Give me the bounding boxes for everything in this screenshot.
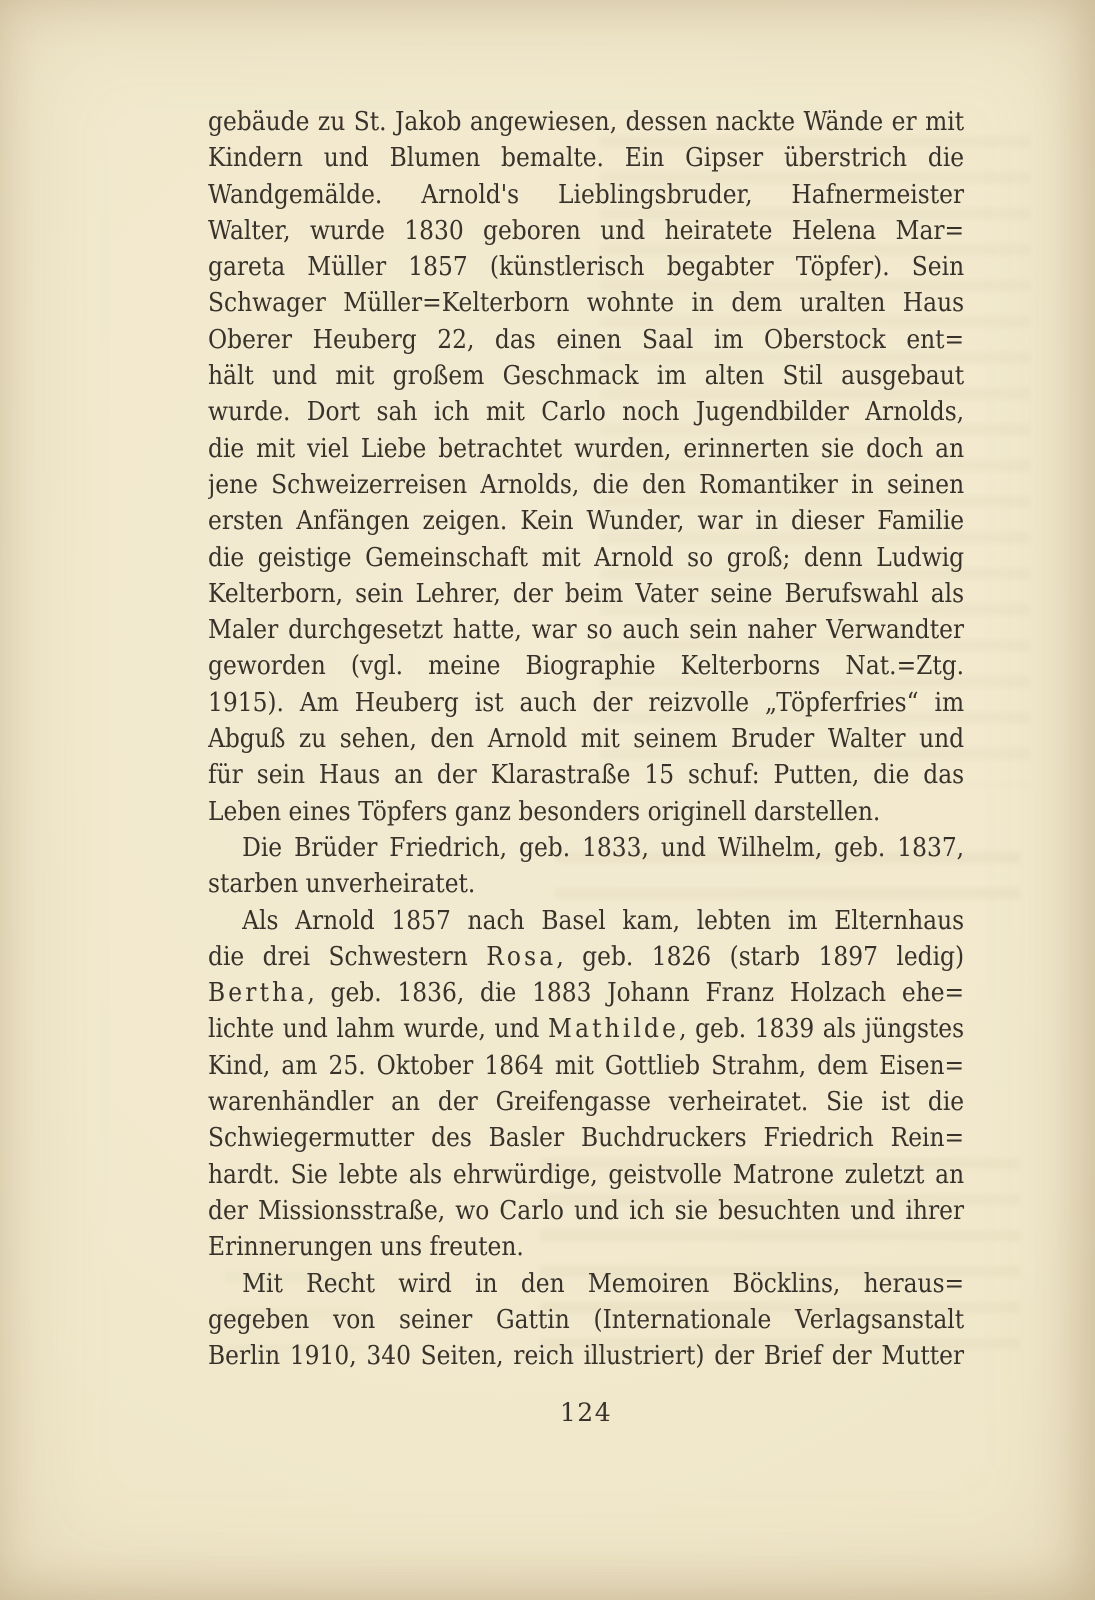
text-line: die mit viel Liebe betrachtet wurden, er… <box>208 431 964 467</box>
text-line: Maler durchgesetzt hatte, war so auch se… <box>208 612 964 648</box>
text-line: Berlin 1910, 340 Seiten, reich illustrie… <box>208 1338 964 1374</box>
text-line: der Missionsstraße, wo Carlo und ich sie… <box>208 1193 964 1229</box>
text-line: gegeben von seiner Gattin (International… <box>208 1302 964 1338</box>
letterspaced-name: Bertha <box>208 978 307 1008</box>
text-line: gareta Müller 1857 (künstlerisch begabte… <box>208 249 964 285</box>
text-line: 1915). Am Heuberg ist auch der reizvolle… <box>208 685 964 721</box>
text-line: Walter, wurde 1830 geboren und heiratete… <box>208 213 964 249</box>
text-line: Leben eines Töpfers ganz besonders origi… <box>208 794 964 830</box>
text-line: Die Brüder Friedrich, geb. 1833, und Wil… <box>208 830 964 866</box>
text-line: geworden (vgl. meine Biographie Kelterbo… <box>208 648 964 684</box>
text-block: gebäude zu St. Jakob angewiesen, dessen … <box>208 104 964 1374</box>
paragraph: Mit Recht wird in den Memoiren Böcklins,… <box>208 1266 964 1375</box>
text-line: die drei Schwestern Rosa, geb. 1826 (sta… <box>208 939 964 975</box>
text-line: Bertha, geb. 1836, die 1883 Johann Franz… <box>208 975 964 1011</box>
text-line: Mit Recht wird in den Memoiren Böcklins,… <box>208 1266 964 1302</box>
paragraph: gebäude zu St. Jakob angewiesen, dessen … <box>208 104 964 830</box>
text-line: die geistige Gemeinschaft mit Arnold so … <box>208 540 964 576</box>
text-line: ersten Anfängen zeigen. Kein Wunder, war… <box>208 503 964 539</box>
paragraph: Die Brüder Friedrich, geb. 1833, und Wil… <box>208 830 964 903</box>
text-line: Schwiegermutter des Basler Buchdruckers … <box>208 1120 964 1156</box>
text-line: hält und mit großem Geschmack im alten S… <box>208 358 964 394</box>
text-line: jene Schweizerreisen Arnolds, die den Ro… <box>208 467 964 503</box>
text-line: Oberer Heuberg 22, das einen Saal im Obe… <box>208 322 964 358</box>
text-line: für sein Haus an der Klarastraße 15 schu… <box>208 757 964 793</box>
text-line: Kind, am 25. Oktober 1864 mit Gottlieb S… <box>208 1048 964 1084</box>
page-number: 124 <box>208 1398 964 1427</box>
text-line: starben unverheiratet. <box>208 866 964 902</box>
text-line: wurde. Dort sah ich mit Carlo noch Jugen… <box>208 394 964 430</box>
text-line: Wandgemälde. Arnold's Lieblingsbruder, H… <box>208 177 964 213</box>
text-line: Als Arnold 1857 nach Basel kam, lebten i… <box>208 903 964 939</box>
text-line: warenhändler an der Greifengasse verheir… <box>208 1084 964 1120</box>
letterspaced-name: Rosa <box>486 942 556 972</box>
letterspaced-name: Mathilde <box>548 1014 679 1044</box>
text-line: Abguß zu sehen, den Arnold mit seinem Br… <box>208 721 964 757</box>
text-line: Kindern und Blumen bemalte. Ein Gipser ü… <box>208 140 964 176</box>
text-line: Kelterborn, sein Lehrer, der beim Vater … <box>208 576 964 612</box>
text-line: Erinnerungen uns freuten. <box>208 1229 964 1265</box>
text-line: hardt. Sie lebte als ehrwürdige, geistvo… <box>208 1157 964 1193</box>
book-page-scan: gebäude zu St. Jakob angewiesen, dessen … <box>0 0 1095 1600</box>
text-line: gebäude zu St. Jakob angewiesen, dessen … <box>208 104 964 140</box>
text-line: Schwager Müller=Kelterborn wohnte in dem… <box>208 285 964 321</box>
paragraph: Als Arnold 1857 nach Basel kam, lebten i… <box>208 903 964 1266</box>
text-line: lichte und lahm wurde, und Mathilde, geb… <box>208 1011 964 1047</box>
